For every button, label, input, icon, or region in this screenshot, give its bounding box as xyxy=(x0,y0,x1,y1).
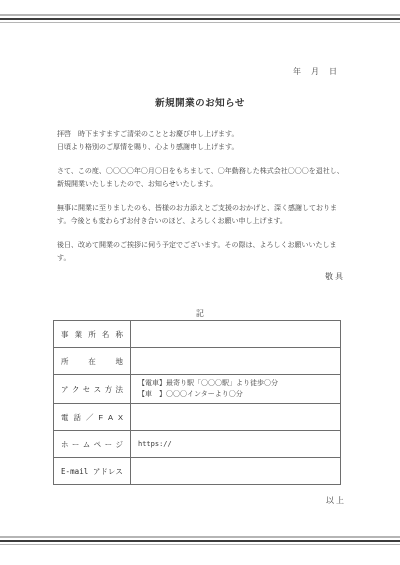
row-value xyxy=(131,321,341,348)
row-value xyxy=(131,348,341,375)
paragraph-greeting: 拝啓 時下ますますご清栄のこととお慶び申し上げます。 日頃より格別のご厚情を賜り… xyxy=(57,128,349,154)
body-line: さて、この度、〇〇〇〇年〇月〇日をもちまして、〇年勤務した株式会社〇〇〇を退社し… xyxy=(57,165,349,178)
rule-line-light xyxy=(0,14,400,16)
rule-line-dark xyxy=(0,18,400,20)
row-label: 電話／FAX xyxy=(61,412,123,423)
business-info-table: 事業所名称 所在地 アクセス方法 【電車】最寄り駅「〇〇〇駅」より徒歩〇分 【車… xyxy=(53,320,341,485)
table-row-business-name: 事業所名称 xyxy=(54,321,341,348)
rule-line-light xyxy=(0,544,400,545)
rule-line-dark xyxy=(0,540,400,542)
body-line: す。 xyxy=(57,252,349,265)
body-line: 日頃より格別のご厚情を賜り、心より感謝申し上げます。 xyxy=(57,141,349,154)
row-label-cell: ホームページ xyxy=(54,431,131,458)
row-label-cell: 所在地 xyxy=(54,348,131,375)
paragraph-visit: 後日、改めて開業のご挨拶に伺う予定でございます。その際は、よろしくお願いいたしま… xyxy=(57,239,349,265)
row-value: 【電車】最寄り駅「〇〇〇駅」より徒歩〇分 【車 】〇〇〇インターより〇分 xyxy=(131,375,341,404)
bottom-rule-decoration xyxy=(0,536,400,545)
row-label-cell: アクセス方法 xyxy=(54,375,131,404)
body-line: 無事に開業に至りましたのも、皆様のお力添えとご支援のおかげと、深く感謝しておりま xyxy=(57,202,349,215)
closing-keigu: 敬具 xyxy=(57,271,345,282)
table-row-email: E-mail アドレス xyxy=(54,458,341,485)
date-line: 年 月 日 xyxy=(57,66,338,77)
row-value xyxy=(131,404,341,431)
end-mark: 以上 xyxy=(57,495,346,506)
access-car-line: 【車 】〇〇〇インターより〇分 xyxy=(138,389,333,400)
access-train-line: 【電車】最寄り駅「〇〇〇駅」より徒歩〇分 xyxy=(138,378,333,389)
row-label: アクセス方法 xyxy=(61,384,123,395)
body-line: 拝啓 時下ますますご清栄のこととお慶び申し上げます。 xyxy=(57,128,349,141)
record-mark: 記 xyxy=(0,308,400,319)
table-row-address: 所在地 xyxy=(54,348,341,375)
top-rule-decoration xyxy=(0,14,400,23)
row-value xyxy=(131,458,341,485)
rule-line-light xyxy=(0,22,400,23)
table-row-tel-fax: 電話／FAX xyxy=(54,404,341,431)
row-label: E-mail アドレス xyxy=(61,466,123,477)
body-line: 新規開業いたしましたので、お知らせいたします。 xyxy=(57,178,349,191)
table-row-access: アクセス方法 【電車】最寄り駅「〇〇〇駅」より徒歩〇分 【車 】〇〇〇インターよ… xyxy=(54,375,341,404)
row-label: ホームページ xyxy=(61,439,123,450)
body-line: す。今後とも変わらずお付き合いのほど、よろしくお願い申し上げます。 xyxy=(57,215,349,228)
paragraph-gratitude: 無事に開業に至りましたのも、皆様のお力添えとご支援のおかげと、深く感謝しておりま… xyxy=(57,202,349,228)
row-label: 事業所名称 xyxy=(61,329,123,340)
table-row-homepage: ホームページ https:// xyxy=(54,431,341,458)
row-label-cell: E-mail アドレス xyxy=(54,458,131,485)
homepage-url-value: https:// xyxy=(131,431,341,458)
row-label-cell: 事業所名称 xyxy=(54,321,131,348)
row-label: 所在地 xyxy=(61,356,123,367)
document-page: 年 月 日 新規開業のお知らせ 拝啓 時下ますますご清栄のこととお慶び申し上げま… xyxy=(0,0,400,565)
document-title: 新規開業のお知らせ xyxy=(0,95,400,109)
paragraph-announcement: さて、この度、〇〇〇〇年〇月〇日をもちまして、〇年勤務した株式会社〇〇〇を退社し… xyxy=(57,165,349,191)
letter-body: 拝啓 時下ますますご清栄のこととお慶び申し上げます。 日頃より格別のご厚情を賜り… xyxy=(57,128,349,276)
body-line: 後日、改めて開業のご挨拶に伺う予定でございます。その際は、よろしくお願いいたしま xyxy=(57,239,349,252)
row-label-cell: 電話／FAX xyxy=(54,404,131,431)
rule-line-light xyxy=(0,536,400,538)
